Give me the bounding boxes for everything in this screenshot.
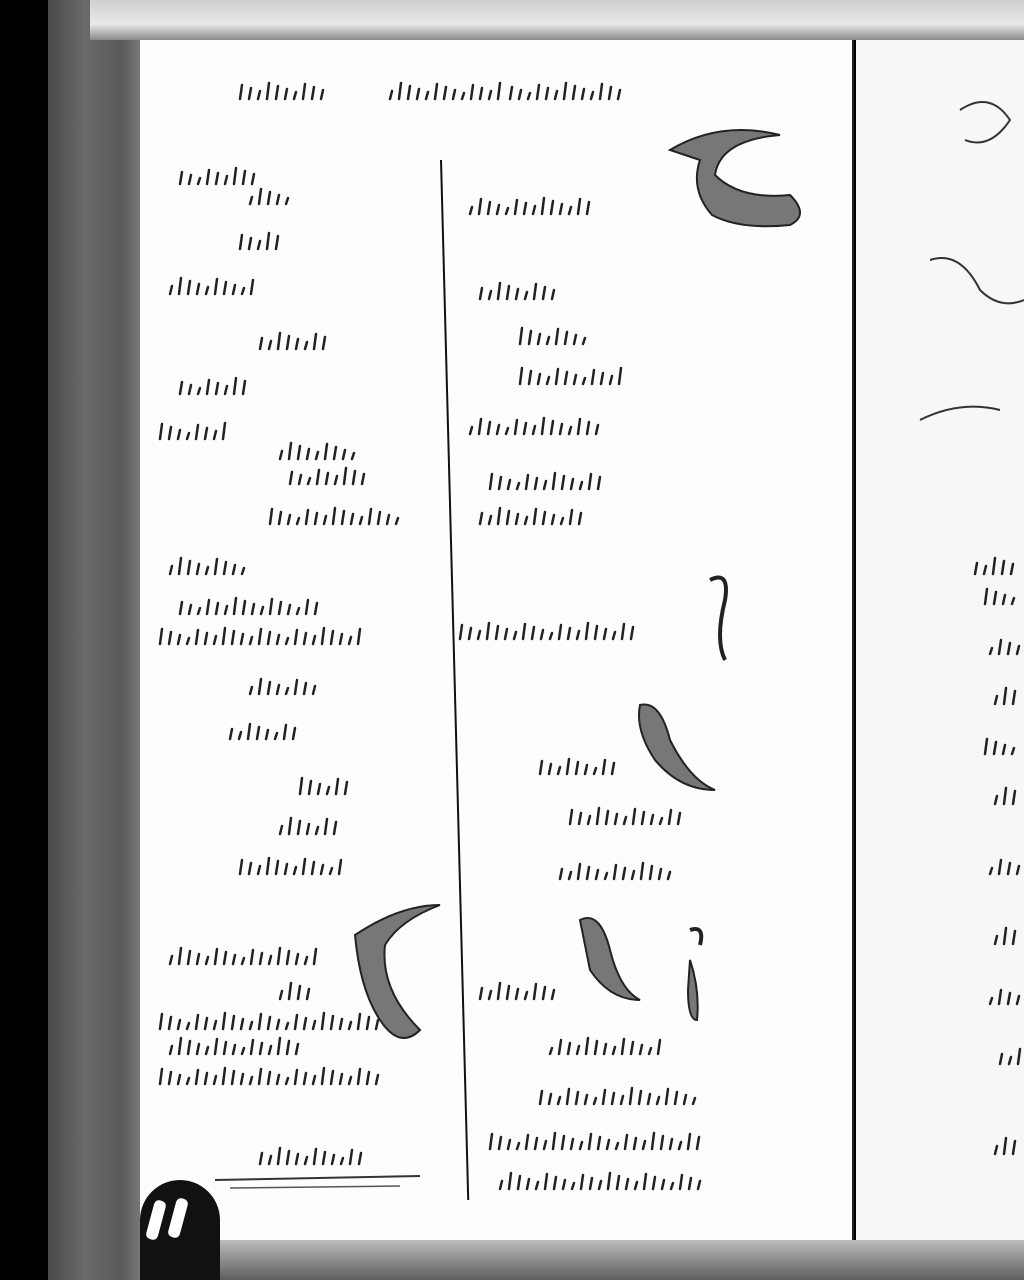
handwriting-strokes — [0, 0, 1024, 1280]
